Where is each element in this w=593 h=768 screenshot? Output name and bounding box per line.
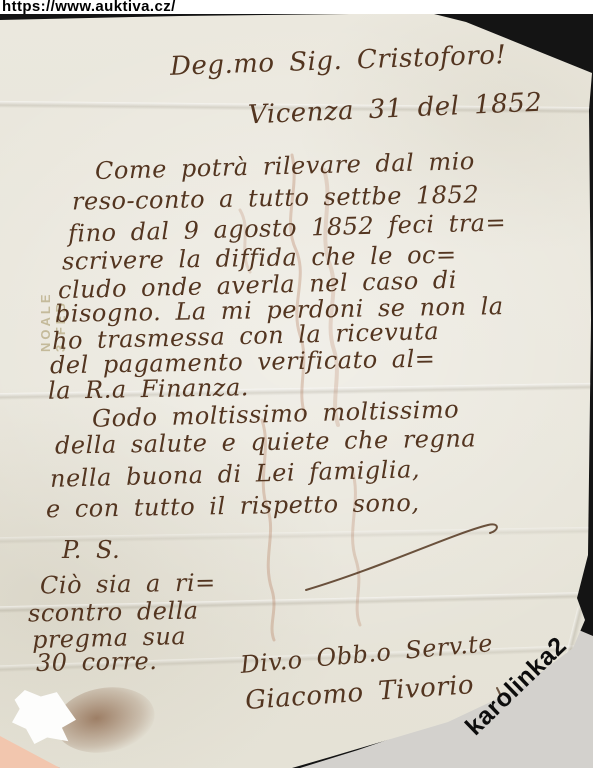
letter-postscript-line: Ciò sia a ri= [40, 568, 216, 599]
letter-paper: NOALE 3 FEB Deg.mo Sig. Cristoforo! Vice… [0, 0, 593, 768]
letter-body-line: la R.a Finanza. [48, 373, 249, 405]
auction-site-url: https://www.auktiva.cz/ [2, 0, 176, 15]
letter-postscript-line: P. S. [62, 536, 120, 564]
scanned-letter-page: NOALE 3 FEB Deg.mo Sig. Cristoforo! Vice… [0, 0, 593, 768]
auction-site-url-strip: https://www.auktiva.cz/ [0, 0, 593, 14]
letter-postscript-line: 30 corre. [36, 647, 158, 677]
